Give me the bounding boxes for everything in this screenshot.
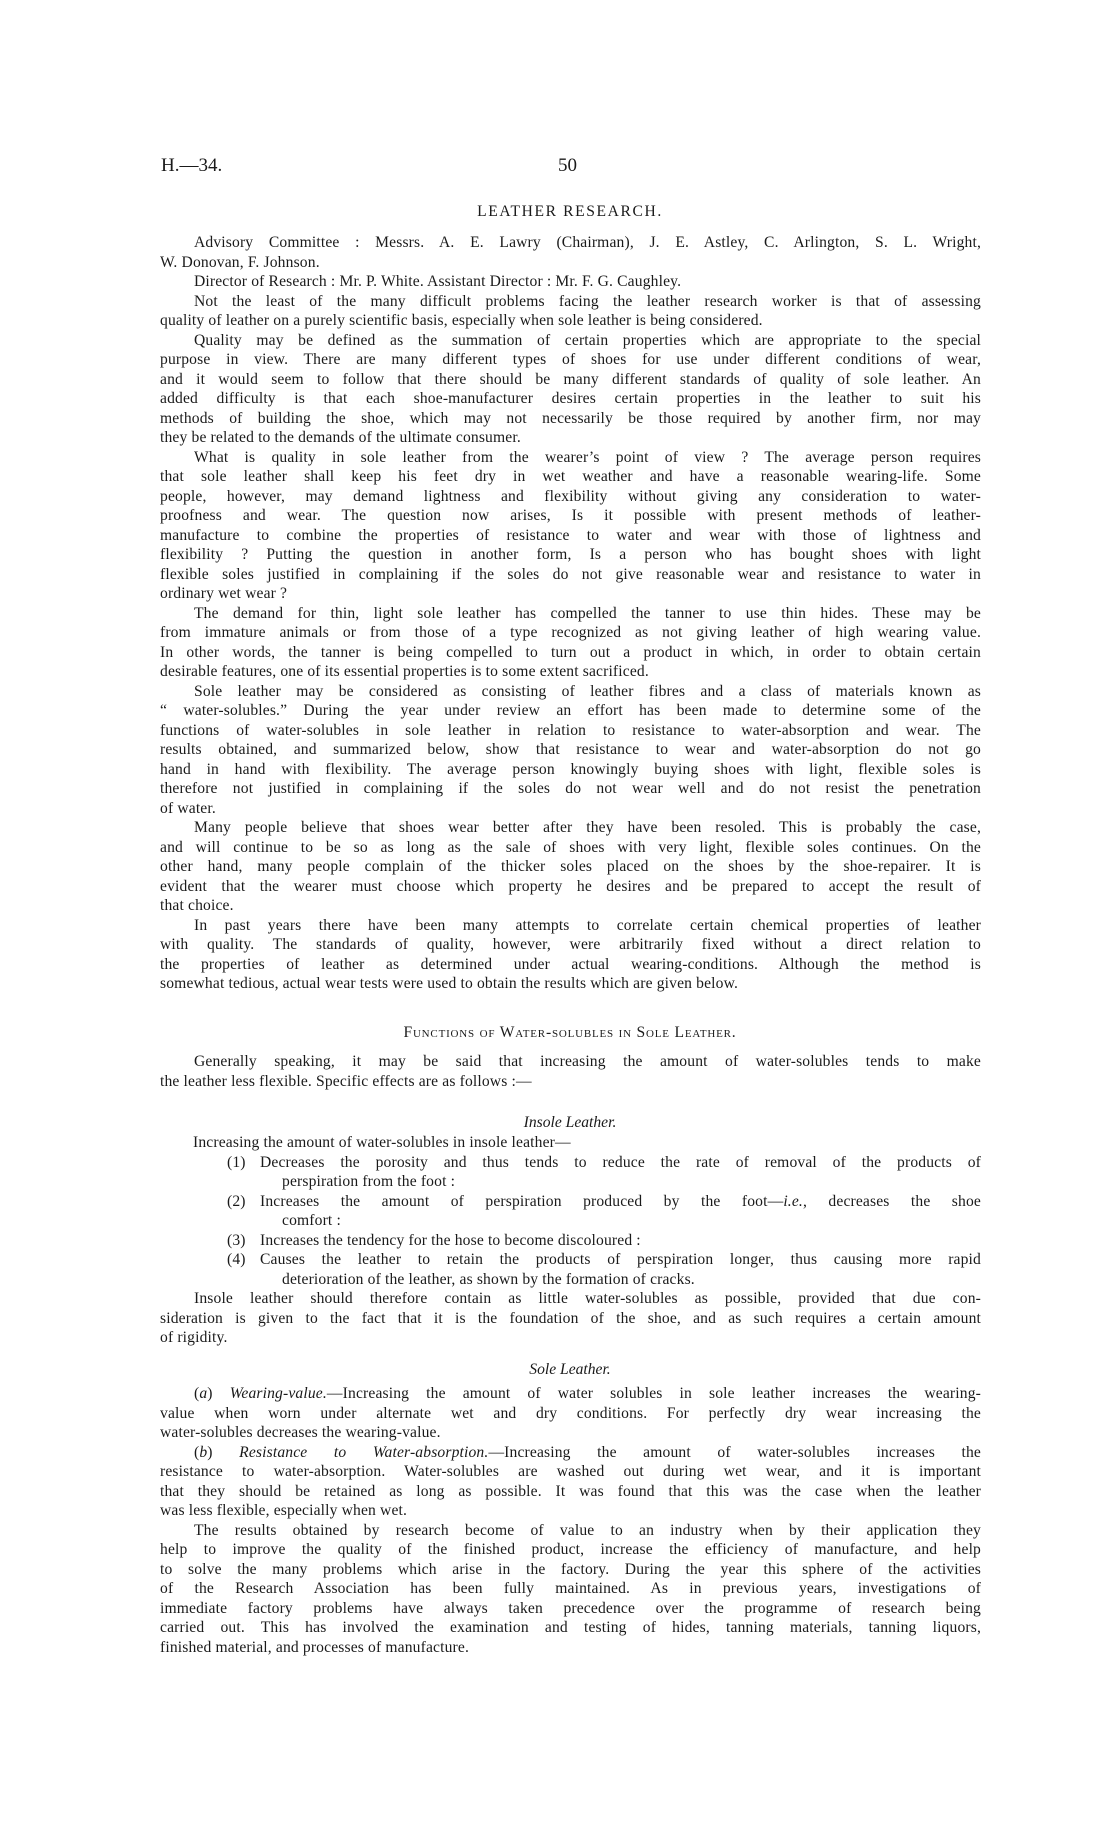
text-line: The demand for thin, light sole leather …	[160, 604, 981, 624]
list-item-number: (4)	[227, 1250, 260, 1270]
text-line: therefore not justified in complaining i…	[160, 779, 981, 799]
text-line: Advisory Committee : Messrs. A. E. Lawry…	[160, 233, 981, 253]
text-line: and it would seem to follow that there s…	[160, 370, 981, 390]
text-line: Director of Research : Mr. P. White. Ass…	[160, 272, 981, 292]
text-line: other hand, many people complain of the …	[160, 857, 981, 877]
text-line: help to improve the quality of the finis…	[160, 1540, 981, 1560]
text-line: to solve the many problems which arise i…	[160, 1560, 981, 1580]
text-line: of rigidity.	[160, 1328, 981, 1348]
text-line: (3)Increases the tendency for the hose t…	[160, 1231, 981, 1251]
text-line: people, however, may demand lightness an…	[160, 487, 981, 507]
text-line: somewhat tedious, actual wear tests were…	[160, 974, 981, 994]
text-line: finished material, and processes of manu…	[160, 1638, 981, 1658]
section-title: LEATHER RESEARCH.	[0, 202, 1114, 222]
italic-text: Wearing-value.	[230, 1385, 327, 1402]
text-line: What is quality in sole leather from the…	[160, 448, 981, 468]
italic-text: i.e.	[783, 1193, 803, 1210]
text-line: In past years there have been many attem…	[160, 916, 981, 936]
text-line: evident that the wearer must choose whic…	[160, 877, 981, 897]
text-line: purpose in view. There are many differen…	[160, 350, 981, 370]
list-item-number: (1)	[227, 1153, 260, 1173]
text-line: comfort :	[160, 1211, 981, 1231]
text-line: (4)Causes the leather to retain the prod…	[160, 1250, 981, 1270]
italic-text: Resistance to Water-absorption.	[239, 1444, 488, 1461]
text-line: (1)Decreases the porosity and thus tends…	[160, 1153, 981, 1173]
text-line: methods of building the shoe, which may …	[160, 409, 981, 429]
document-reference: H.—34.	[161, 155, 222, 177]
text-line: added difficulty is that each shoe-manuf…	[160, 389, 981, 409]
text-line: that choice.	[160, 896, 981, 916]
text-line: the leather less flexible. Specific effe…	[160, 1072, 981, 1092]
sole-leather-heading: Sole Leather.	[0, 1360, 1114, 1380]
intro-text: Advisory Committee : Messrs. A. E. Lawry…	[160, 233, 981, 994]
text-line: Quality may be defined as the summation …	[160, 331, 981, 351]
text-line: flexibility ? Putting the question in an…	[160, 545, 981, 565]
italic-text: b	[199, 1444, 207, 1461]
text-line: the properties of leather as determined …	[160, 955, 981, 975]
text-line: (a) Wearing-value.—Increasing the amount…	[160, 1384, 981, 1404]
text-line: In other words, the tanner is being comp…	[160, 643, 981, 663]
text-line: sideration is given to the fact that it …	[160, 1309, 981, 1329]
text-line: with quality. The standards of quality, …	[160, 935, 981, 955]
text-line: functions of water-solubles in sole leat…	[160, 721, 981, 741]
text-line: Generally speaking, it may be said that …	[160, 1052, 981, 1072]
text-line: Sole leather may be considered as consis…	[160, 682, 981, 702]
italic-text: a	[199, 1385, 207, 1402]
text-line: perspiration from the foot :	[160, 1172, 981, 1192]
text-line: deterioration of the leather, as shown b…	[160, 1270, 981, 1290]
text-line: from immature animals or from those of a…	[160, 623, 981, 643]
text-line: quality of leather on a purely scientifi…	[160, 311, 981, 331]
text-line: of the Research Association has been ful…	[160, 1579, 981, 1599]
text-line: ordinary wet wear ?	[160, 584, 981, 604]
list-item-number: (3)	[227, 1231, 260, 1251]
text-line: “ water-solubles.” During the year under…	[160, 701, 981, 721]
text-line: The results obtained by research become …	[160, 1521, 981, 1541]
text-line: Increasing the amount of water-solubles …	[160, 1133, 981, 1153]
text-line: hand in hand with flexibility. The avera…	[160, 760, 981, 780]
text-line: that they should be retained as long as …	[160, 1482, 981, 1502]
functions-heading: Functions of Water-solubles in Sole Leat…	[0, 1023, 1114, 1043]
text-line: carried out. This has involved the exami…	[160, 1618, 981, 1638]
text-line: they be related to the demands of the ul…	[160, 428, 981, 448]
text-line: (b) Resistance to Water-absorption.—Incr…	[160, 1443, 981, 1463]
list-item-number: (2)	[227, 1192, 260, 1212]
text-line: of water.	[160, 799, 981, 819]
text-line: desirable features, one of its essential…	[160, 662, 981, 682]
text-line: Insole leather should therefore contain …	[160, 1289, 981, 1309]
text-line: manufacture to combine the properties of…	[160, 526, 981, 546]
text-line: immediate factory problems have always t…	[160, 1599, 981, 1619]
text-line: flexible soles justified in complaining …	[160, 565, 981, 585]
text-line: resistance to water-absorption. Water-so…	[160, 1462, 981, 1482]
sole-leather-text: (a) Wearing-value.—Increasing the amount…	[160, 1384, 981, 1657]
text-line: water-solubles decreases the wearing-val…	[160, 1423, 981, 1443]
text-line: Many people believe that shoes wear bett…	[160, 818, 981, 838]
functions-intro-text: Generally speaking, it may be said that …	[160, 1052, 981, 1091]
text-line: (2)Increases the amount of perspiration …	[160, 1192, 981, 1212]
document-page: H.—34. 50 LEATHER RESEARCH. Advisory Com…	[0, 0, 1114, 1839]
text-line: value when worn under alternate wet and …	[160, 1404, 981, 1424]
text-line: W. Donovan, F. Johnson.	[160, 253, 981, 273]
insole-leather-text: Increasing the amount of water-solubles …	[160, 1133, 981, 1348]
text-line: and will continue to be so as long as th…	[160, 838, 981, 858]
text-line: results obtained, and summarized below, …	[160, 740, 981, 760]
page-number: 50	[558, 155, 577, 177]
text-line: that sole leather shall keep his feet dr…	[160, 467, 981, 487]
text-line: was less flexible, especially when wet.	[160, 1501, 981, 1521]
text-line: Not the least of the many difficult prob…	[160, 292, 981, 312]
insole-leather-heading: Insole Leather.	[0, 1113, 1114, 1133]
text-line: proofness and wear. The question now ari…	[160, 506, 981, 526]
